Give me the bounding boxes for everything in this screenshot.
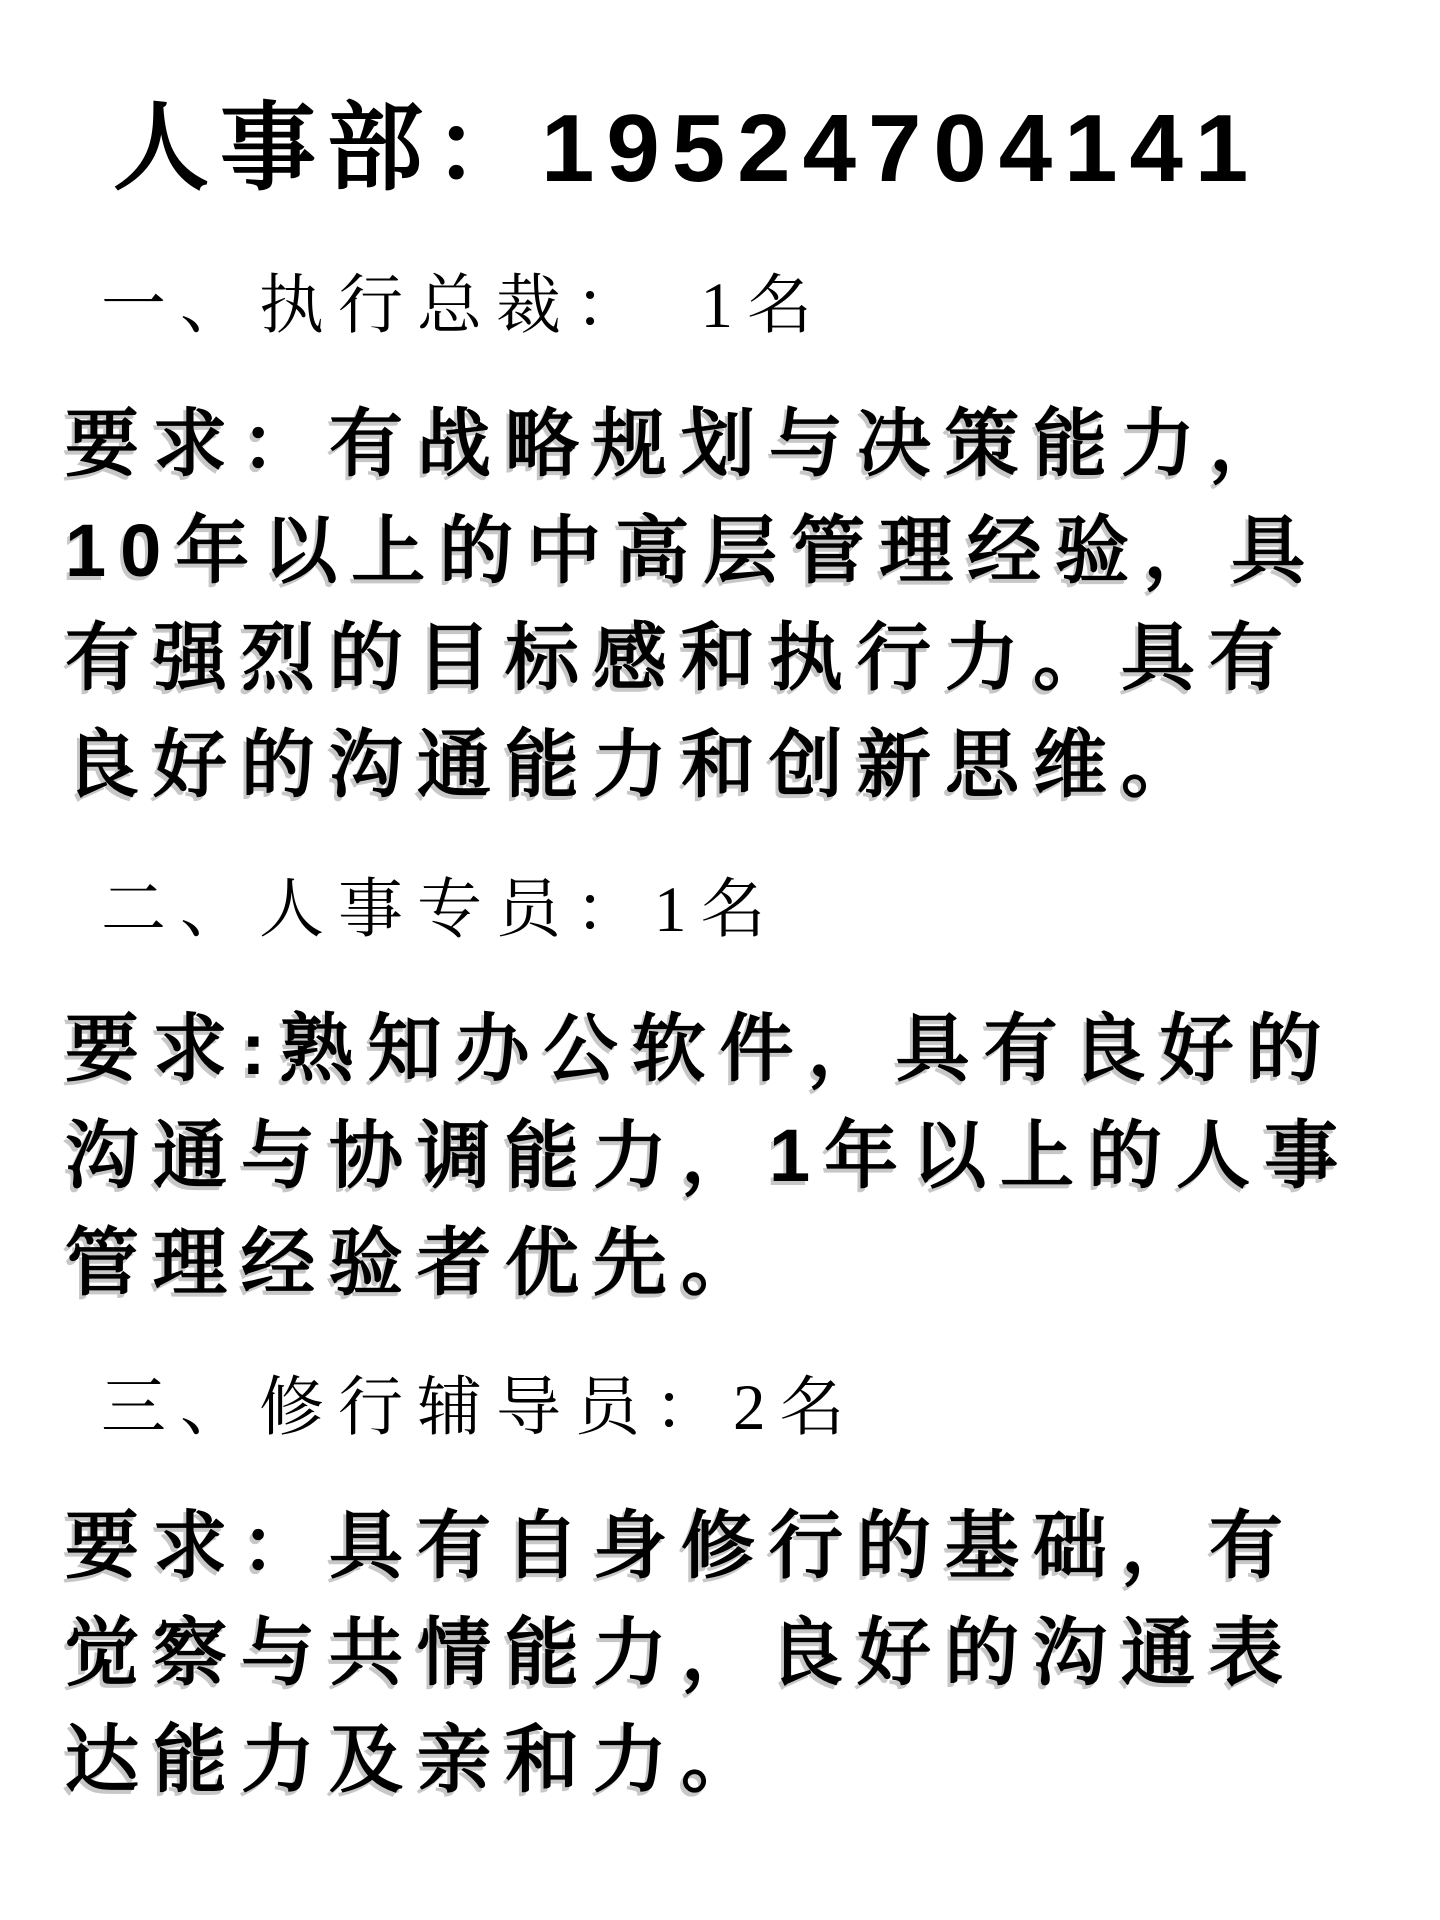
department-label: 人事部： (113, 95, 541, 202)
section-hr-specialist: 二、人事专员：1名 要求:熟知办公软件，具有良好的 沟通与协调能力，1年以上的人… (65, 868, 1395, 1316)
requirement-line: 达能力及亲和力。 (65, 1706, 1395, 1813)
section-2-heading: 二、人事专员：1名 (101, 868, 1395, 953)
document-page: 人事部：19524704141 一、执行总裁： 1名 要求：有战略规划与决策能力… (0, 0, 1440, 1920)
requirement-line: 管理经验者优先。 (65, 1209, 1395, 1316)
phone-number: 19524704141 (541, 95, 1260, 202)
requirement-line: 沟通与协调能力，1年以上的人事 (65, 1102, 1395, 1209)
section-2-requirements: 要求:熟知办公软件，具有良好的 沟通与协调能力，1年以上的人事 管理经验者优先。 (65, 995, 1395, 1316)
requirement-line: 有强烈的目标感和执行力。具有 (65, 604, 1395, 711)
section-1-heading: 一、执行总裁： 1名 (101, 264, 1395, 349)
section-executive-president: 一、执行总裁： 1名 要求：有战略规划与决策能力， 10年以上的中高层管理经验，… (65, 264, 1395, 819)
section-3-heading: 三、修行辅导员：2名 (101, 1366, 1395, 1451)
requirement-line: 10年以上的中高层管理经验，具 (65, 497, 1395, 604)
requirement-line: 要求:熟知办公软件，具有良好的 (65, 995, 1395, 1102)
section-practice-counselor: 三、修行辅导员：2名 要求：具有自身修行的基础，有 觉察与共情能力，良好的沟通表… (65, 1366, 1395, 1814)
section-1-requirements: 要求：有战略规划与决策能力， 10年以上的中高层管理经验，具 有强烈的目标感和执… (65, 390, 1395, 818)
requirement-line: 要求：有战略规划与决策能力， (65, 390, 1395, 497)
requirement-line: 良好的沟通能力和创新思维。 (65, 711, 1395, 818)
page-title: 人事部：19524704141 (113, 84, 1395, 214)
requirement-line: 要求：具有自身修行的基础，有 (65, 1492, 1395, 1599)
section-3-requirements: 要求：具有自身修行的基础，有 觉察与共情能力，良好的沟通表 达能力及亲和力。 (65, 1492, 1395, 1813)
requirement-line: 觉察与共情能力，良好的沟通表 (65, 1599, 1395, 1706)
